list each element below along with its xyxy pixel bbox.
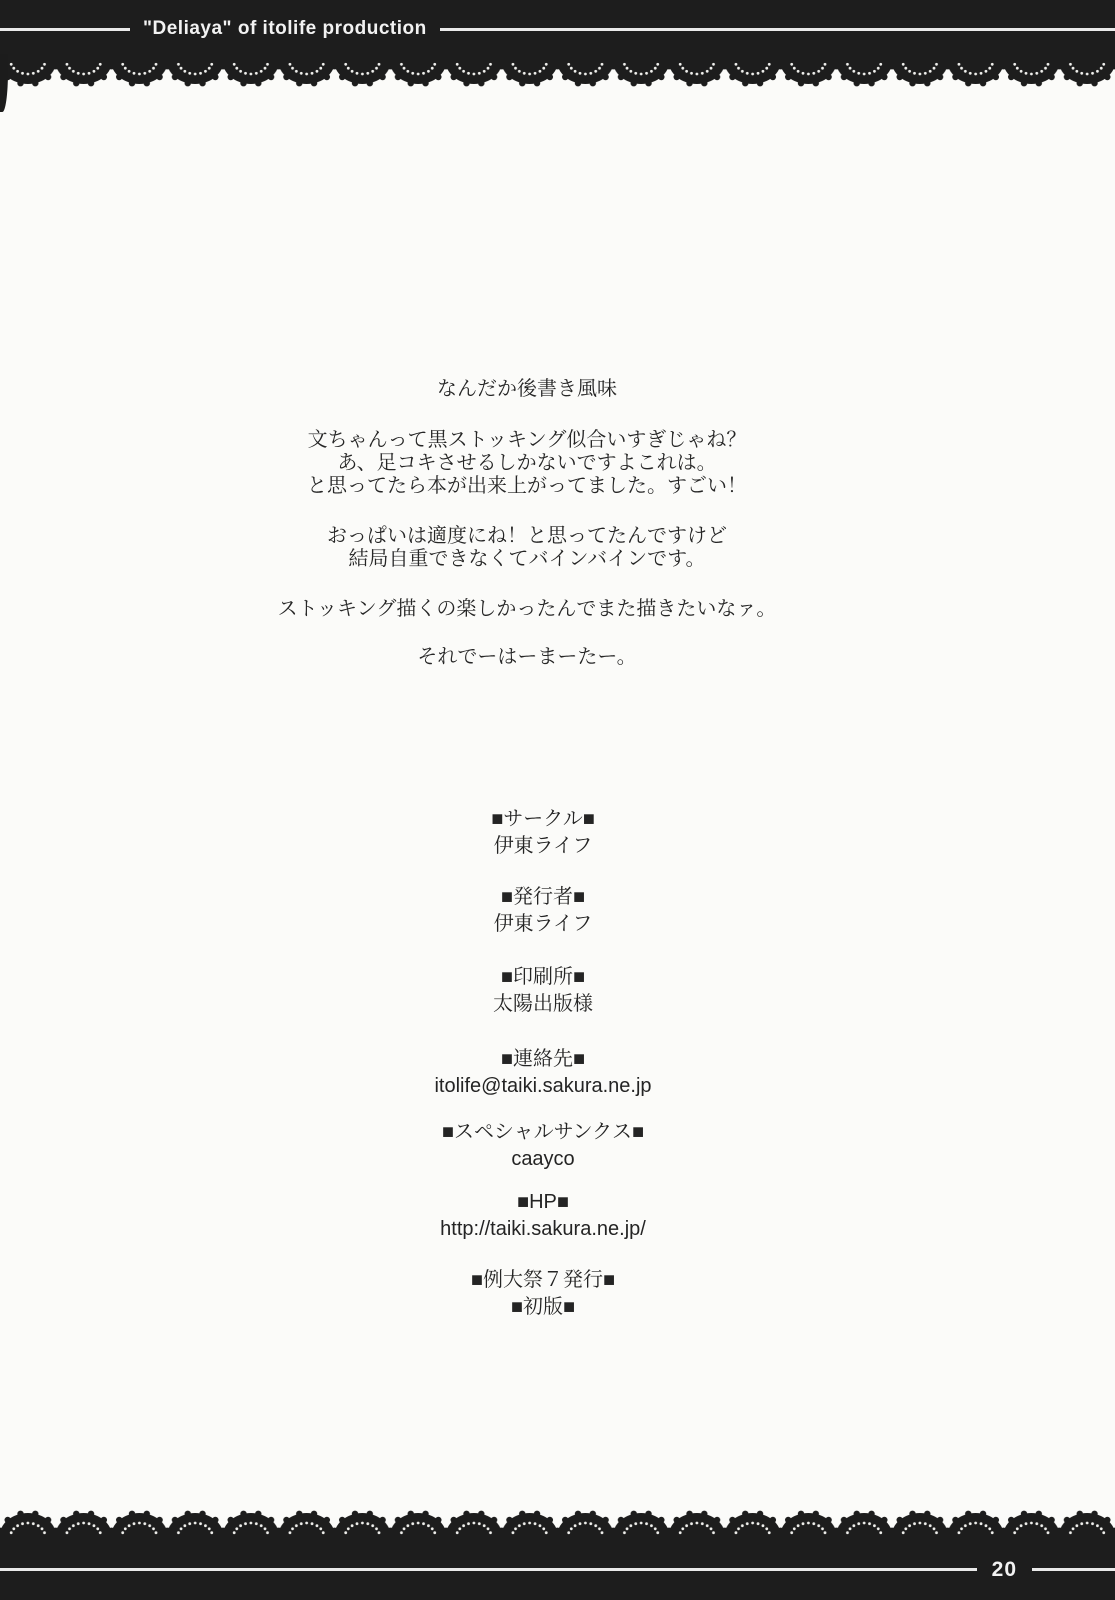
lace-border-bottom-icon bbox=[0, 1510, 1115, 1539]
colophon-value: ■初版■ bbox=[0, 1294, 1086, 1321]
colophon-entry-homepage: ■HP■ http://taiki.sakura.ne.jp/ bbox=[0, 1189, 1086, 1243]
header-title: "Deliaya" of itolife production bbox=[143, 18, 427, 40]
page-number: 20 bbox=[992, 1558, 1017, 1582]
footer-band: 20 bbox=[0, 1539, 1115, 1600]
header-band: "Deliaya" of itolife production bbox=[0, 0, 1115, 58]
header-rule-right bbox=[440, 28, 1115, 31]
afterword-text: なんだか後書き風味 文ちゃんって黒ストッキング似合いすぎじゃね？ あ、足コキさせ… bbox=[0, 378, 1054, 669]
colophon-label: ■スペシャルサンクス■ bbox=[0, 1119, 1086, 1146]
colophon-value: 伊東ライフ bbox=[0, 911, 1086, 938]
colophon: ■サークル■ 伊東ライフ ■発行者■ 伊東ライフ ■印刷所■ 太陽出版様 ■連絡… bbox=[0, 806, 1086, 1321]
colophon-value: 伊東ライフ bbox=[0, 833, 1086, 860]
lace-border-top-icon bbox=[0, 58, 1115, 87]
colophon-value: 太陽出版様 bbox=[0, 991, 1086, 1018]
colophon-label: ■発行者■ bbox=[0, 884, 1086, 911]
footer-rule-left bbox=[0, 1568, 977, 1571]
afterword-paragraph: ストッキング描くの楽しかったんでまた描きたいなァ。 bbox=[0, 598, 1054, 621]
scan-artifact bbox=[0, 54, 8, 112]
colophon-label: ■印刷所■ bbox=[0, 964, 1086, 991]
afterword-paragraph: それでーはーまーたー。 bbox=[0, 646, 1054, 669]
afterword-title: なんだか後書き風味 bbox=[0, 378, 1054, 401]
colophon-entry-special-thanks: ■スペシャルサンクス■ caayco bbox=[0, 1119, 1086, 1173]
header-rule-left bbox=[0, 28, 130, 31]
colophon-entry-contact: ■連絡先■ itolife@taiki.sakura.ne.jp bbox=[0, 1046, 1086, 1100]
footer-rule-right bbox=[1032, 1568, 1115, 1571]
afterword-line: ストッキング描くの楽しかったんでまた描きたいなァ。 bbox=[278, 598, 777, 620]
colophon-label: ■連絡先■ bbox=[0, 1046, 1086, 1073]
afterword-line: あ、足コキさせるしかないですよこれは。 bbox=[337, 452, 716, 474]
colophon-value-url: http://taiki.sakura.ne.jp/ bbox=[0, 1216, 1086, 1243]
colophon-entry-circle: ■サークル■ 伊東ライフ bbox=[0, 806, 1086, 860]
scanned-page: "Deliaya" of itolife production bbox=[0, 0, 1115, 1600]
colophon-label: ■HP■ bbox=[0, 1189, 1086, 1216]
colophon-entry-edition: ■例大祭７発行■ ■初版■ bbox=[0, 1267, 1086, 1321]
colophon-value-email: itolife@taiki.sakura.ne.jp bbox=[0, 1073, 1086, 1100]
colophon-label: ■例大祭７発行■ bbox=[0, 1267, 1086, 1294]
afterword-paragraph: おっぱいは適度にね！と思ってたんですけど 結局自重できなくてバインバインです。 bbox=[0, 525, 1054, 571]
afterword-line: 文ちゃんって黒ストッキング似合いすぎじゃね？ bbox=[308, 429, 747, 451]
afterword-line: 結局自重できなくてバインバインです。 bbox=[349, 548, 706, 570]
colophon-entry-printer: ■印刷所■ 太陽出版様 bbox=[0, 964, 1086, 1018]
afterword-line: おっぱいは適度にね！と思ってたんですけど bbox=[327, 525, 727, 547]
afterword-line: と思ってたら本が出来上がってました。すごい！ bbox=[307, 475, 747, 497]
colophon-label: ■サークル■ bbox=[0, 806, 1086, 833]
afterword-line: それでーはーまーたー。 bbox=[417, 646, 636, 668]
colophon-value: caayco bbox=[0, 1146, 1086, 1173]
afterword-paragraph: 文ちゃんって黒ストッキング似合いすぎじゃね？ あ、足コキさせるしかないですよこれ… bbox=[0, 429, 1054, 498]
colophon-entry-publisher: ■発行者■ 伊東ライフ bbox=[0, 884, 1086, 938]
